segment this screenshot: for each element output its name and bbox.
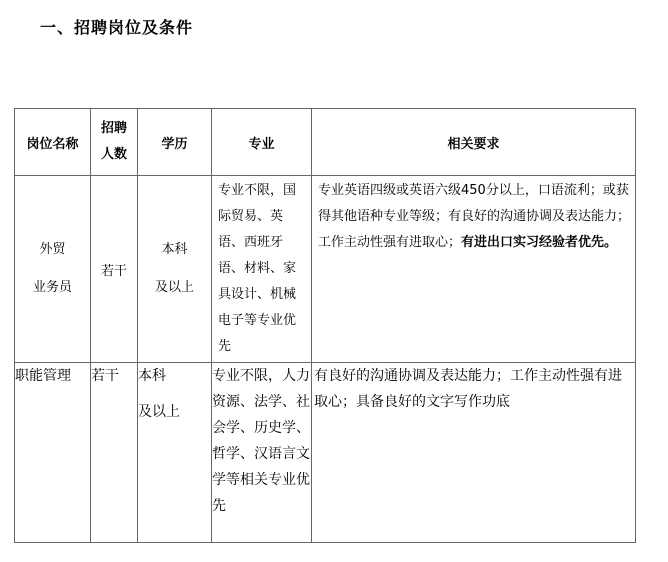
education-line2: 及以上 — [138, 269, 211, 307]
cell-education: 本科 及以上 — [138, 176, 212, 363]
cell-position: 外贸 业务员 — [15, 176, 91, 363]
requirements-bold-text: 有进出口实习经验者优先。 — [461, 235, 617, 250]
header-education: 学历 — [138, 109, 212, 176]
cell-position: 职能管理 — [15, 363, 91, 543]
section-title: 一、招聘岗位及条件 — [40, 16, 193, 40]
cell-requirements: 专业英语四级或英语六级450分以上，口语流利；或获得其他语种专业等级；有良好的沟… — [312, 176, 636, 363]
header-position: 岗位名称 — [15, 109, 91, 176]
table-row: 职能管理 若干 本科 及以上 专业不限，人力资源、法学、社会学、历史学、哲学、汉… — [15, 363, 636, 543]
header-requirements: 相关要求 — [312, 109, 636, 176]
table-header-row: 岗位名称 招聘 人数 学历 专业 相关要求 — [15, 109, 636, 176]
recruitment-table: 岗位名称 招聘 人数 学历 专业 相关要求 外贸 业务员 若干 本科 及以上 专… — [14, 108, 636, 543]
cell-major: 专业不限，人力资源、法学、社会学、历史学、哲学、汉语言文学等相关专业优先 — [212, 363, 312, 543]
position-line2: 业务员 — [15, 269, 90, 307]
header-major: 专业 — [212, 109, 312, 176]
cell-requirements: 有良好的沟通协调及表达能力；工作主动性强有进取心；具备良好的文字写作功底 — [312, 363, 636, 543]
header-count-line1: 招聘 — [91, 116, 137, 142]
cell-count: 若干 — [91, 176, 138, 363]
cell-count: 若干 — [91, 363, 138, 543]
table-row: 外贸 业务员 若干 本科 及以上 专业不限，国际贸易、英语、西班牙语、材料、家具… — [15, 176, 636, 363]
header-count-line2: 人数 — [91, 142, 137, 168]
education-line1: 本科 — [138, 368, 166, 384]
header-count: 招聘 人数 — [91, 109, 138, 176]
cell-major: 专业不限，国际贸易、英语、西班牙语、材料、家具设计、机械电子等专业优先 — [212, 176, 312, 363]
cell-education: 本科 及以上 — [138, 363, 212, 543]
education-line2: 及以上 — [138, 399, 211, 425]
education-line1: 本科 — [138, 231, 211, 269]
position-line1: 外贸 — [15, 231, 90, 269]
